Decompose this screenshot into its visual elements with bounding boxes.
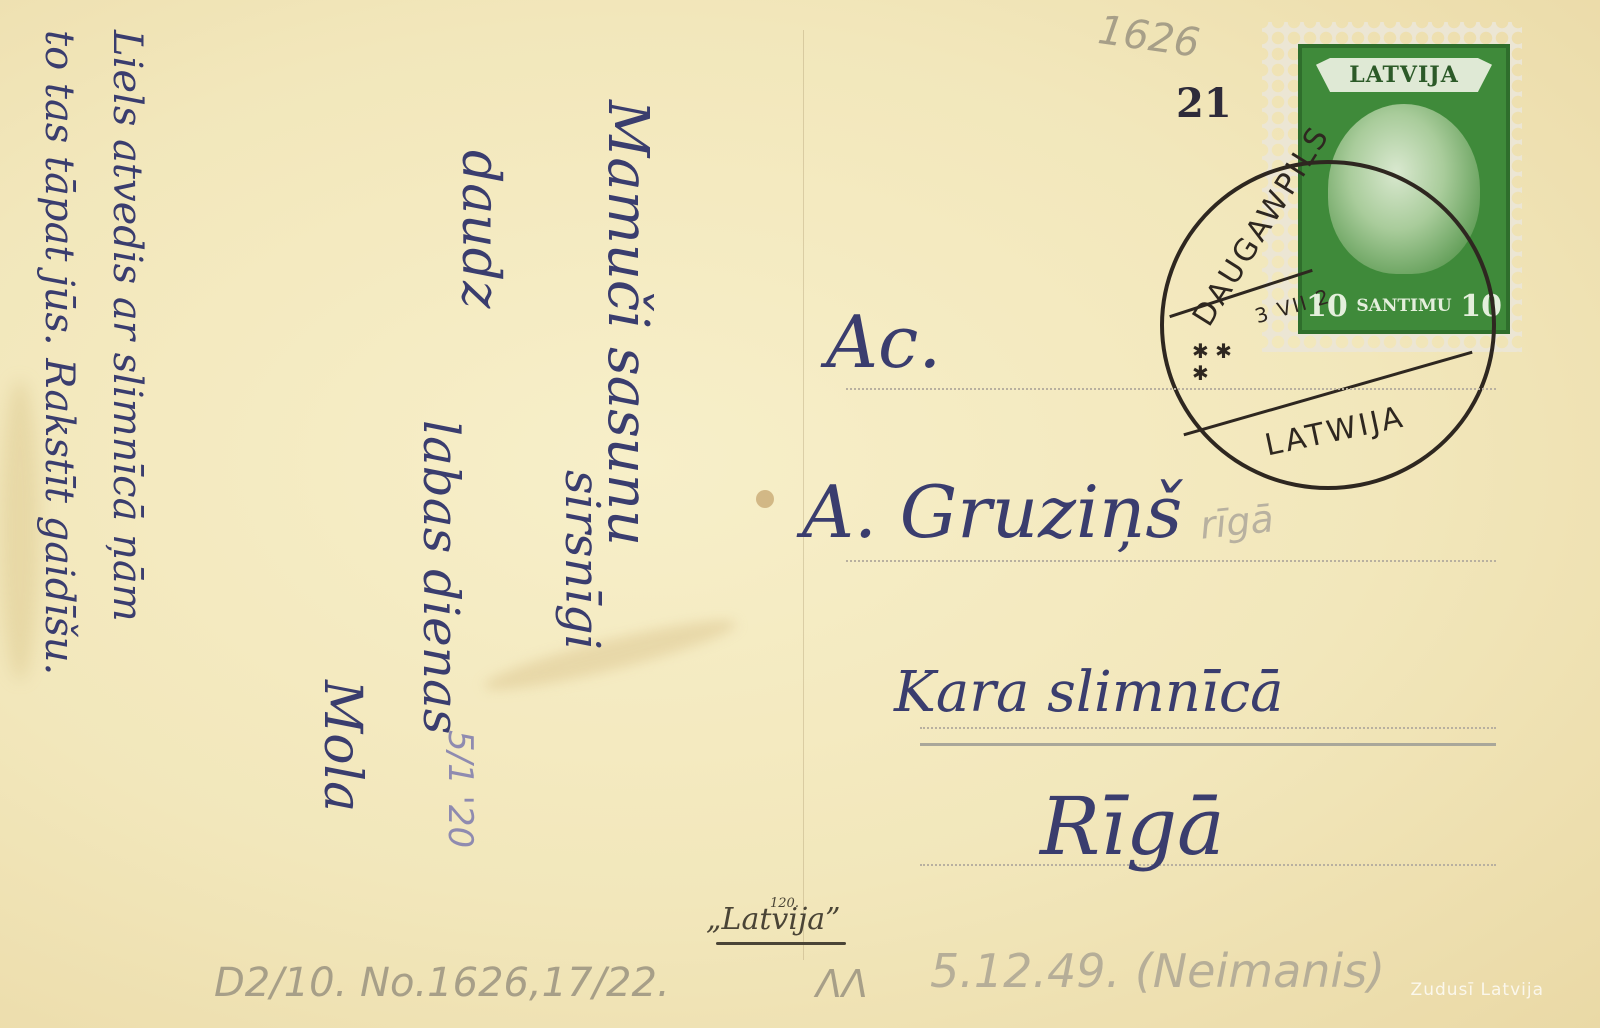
archive-number-ink: 21 <box>1176 80 1232 127</box>
message-signature: Mola <box>312 680 372 812</box>
address-pencil-note: rīgā <box>1198 496 1276 547</box>
margin-line-2: to tas tāpat jūs. Rakstīt gaidīšu. <box>36 30 82 675</box>
postmark-circle: DAUGAWPILS LATWIJA ✱ ✱✱ 3 VII 2 <box>1160 160 1496 490</box>
postcard: 1626 21 LATVIJA 10 SANTIMU 10 DAUGAWPILS… <box>0 0 1600 1028</box>
message-date: 5/1 '20 <box>440 730 480 848</box>
address-city: Rīgā <box>1040 780 1225 873</box>
catalog-date: 5.12.49. (Neimanis) <box>930 944 1385 998</box>
catalog-initials: ΛΛ <box>816 962 868 1006</box>
address-line2: Kara slimnīcā <box>894 660 1284 725</box>
publisher-number: 120. <box>770 896 799 911</box>
message-line-4: labas dienas <box>412 420 470 734</box>
address-recipient: A. Gruziņš <box>802 470 1182 554</box>
address-line <box>846 388 1496 390</box>
stain <box>0 380 40 680</box>
archive-number-pencil: 1626 <box>1095 7 1202 67</box>
address-line <box>846 560 1496 562</box>
postmark-date: 3 VII 2 <box>1252 284 1333 328</box>
address-salutation: Ac. <box>826 300 941 384</box>
message-line-3: daudz <box>450 150 510 308</box>
publisher-mark: „Latvija” 120. <box>706 902 840 937</box>
message-line-2: sirsnīgi <box>554 470 610 650</box>
watermark: Zudusī Latvija <box>1411 980 1544 1000</box>
postmark-country: LATWIJA <box>1262 400 1408 464</box>
stamp-country: LATVIJA <box>1316 58 1492 92</box>
margin-line-1: Liels atvedis ar slimnīcā ņām <box>104 30 150 622</box>
address-line <box>920 727 1496 729</box>
address-underline <box>920 743 1496 746</box>
stain <box>756 490 774 508</box>
postmark-stars-icon: ✱ ✱✱ <box>1192 340 1232 384</box>
stain <box>480 609 740 701</box>
catalog-number: D2/10. No.1626,17/22. <box>214 960 670 1006</box>
publisher-underline <box>716 942 846 945</box>
